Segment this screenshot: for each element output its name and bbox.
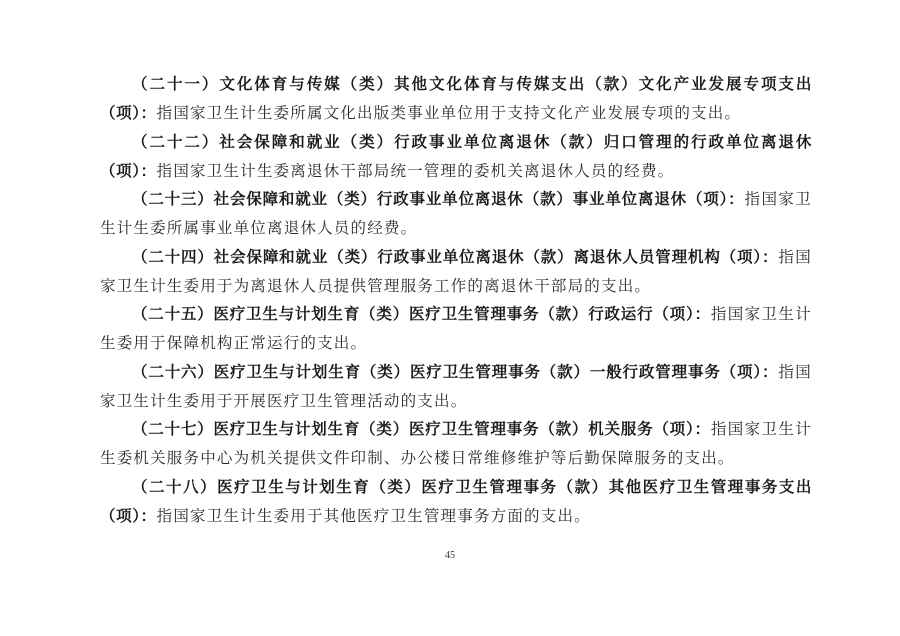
paragraph-heading: 医疗卫生与计划生育（类）医疗卫生管理事务（款）行政运行（项）： [213, 305, 710, 323]
paragraph-number: （二十六） [132, 363, 214, 381]
paragraph-number: （二十一） [132, 75, 219, 93]
paragraph-21: （二十一）文化体育与传媒（类）其他文化体育与传媒支出（款）文化产业发展专项支出（… [100, 70, 812, 128]
paragraph-22: （二十二）社会保障和就业（类）行政事业单位离退休（款）归口管理的行政单位离退休（… [100, 128, 812, 186]
paragraph-number: （二十七） [132, 420, 213, 438]
paragraph-24: （二十四）社会保障和就业（类）行政事业单位离退休（款）离退休人员管理机构（项）：… [100, 243, 812, 301]
paragraph-28: （二十八）医疗卫生与计划生育（类）医疗卫生管理事务（款）其他医疗卫生管理事务支出… [100, 473, 812, 531]
paragraph-number: （二十三） [132, 190, 214, 208]
page-number: 45 [0, 550, 900, 561]
paragraph-27: （二十七）医疗卫生与计划生育（类）医疗卫生管理事务（款）机关服务（项）：指国家卫… [100, 415, 812, 473]
paragraph-heading: 医疗卫生与计划生育（类）医疗卫生管理事务（款）一般行政管理事务（项）： [214, 363, 779, 381]
paragraph-body: 指国家卫生计生委所属文化出版类事业单位用于支持文化产业发展专项的支出。 [157, 104, 742, 122]
paragraph-number: （二十五） [132, 305, 213, 323]
paragraph-number: （二十四） [132, 248, 214, 266]
paragraph-heading: 社会保障和就业（类）行政事业单位离退休（款）离退休人员管理机构（项）： [214, 248, 779, 266]
document-page: （二十一）文化体育与传媒（类）其他文化体育与传媒支出（款）文化产业发展专项支出（… [0, 0, 900, 636]
paragraph-body: 指国家卫生计生委用于其他医疗卫生管理事务方面的支出。 [157, 507, 591, 525]
paragraph-heading: 社会保障和就业（类）行政事业单位离退休（款）事业单位离退休（项）： [214, 190, 745, 208]
paragraph-body: 指国家卫生计生委离退休干部局统一管理的委机关离退休人员的经费。 [157, 162, 675, 180]
paragraph-heading: 医疗卫生与计划生育（类）医疗卫生管理事务（款）机关服务（项）： [213, 420, 710, 438]
paragraph-number: （二十二） [132, 133, 219, 151]
paragraph-23: （二十三）社会保障和就业（类）行政事业单位离退休（款）事业单位离退休（项）：指国… [100, 185, 812, 243]
paragraph-number: （二十八） [132, 478, 217, 496]
paragraph-25: （二十五）医疗卫生与计划生育（类）医疗卫生管理事务（款）行政运行（项）：指国家卫… [100, 300, 812, 358]
paragraph-26: （二十六）医疗卫生与计划生育（类）医疗卫生管理事务（款）一般行政管理事务（项）：… [100, 358, 812, 416]
